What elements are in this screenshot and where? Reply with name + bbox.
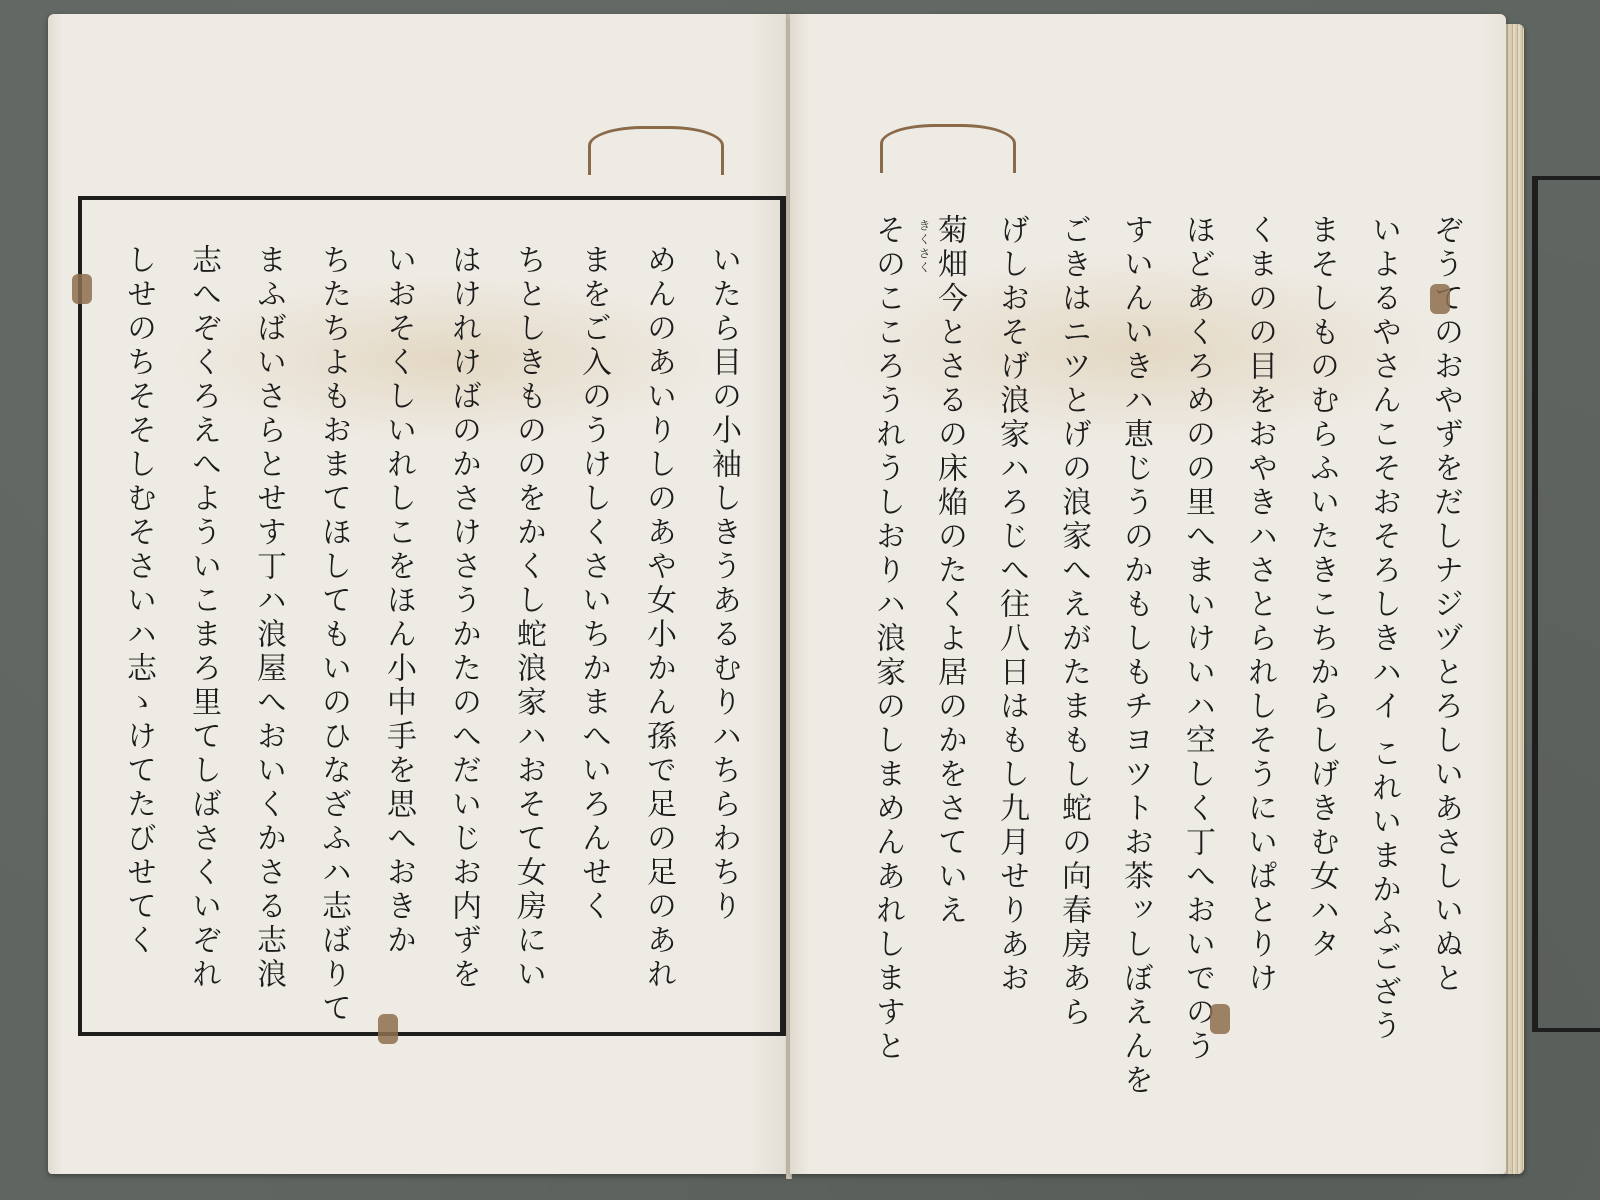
open-book: いたら目の小袖しきうあるむりハちらわちり めんのあいりしのあや女小かん孫で足の足…: [48, 14, 1526, 1186]
text-column: まふばいさらとせす丁ハ浪屋へおいくかさる志浪: [253, 244, 283, 992]
binding-thread-knot: [72, 274, 92, 304]
text-column: 志へぞくろえへよういこまろ里てしばさくいぞれ: [188, 244, 218, 992]
binding-thread: [588, 126, 724, 175]
text-column: げしおそげ浪家ハろじへ往八日はもし九月せりあお: [996, 214, 1026, 996]
binding-thread: [880, 124, 1016, 173]
text-column: いおそくしいれしこをほん小中手を思へおきか: [383, 244, 413, 958]
text-column: いよるやさんこそおそろしきハイ これいまかふござう: [1368, 214, 1398, 1044]
text-column: はけれけばのかさけさうかたのへだいじお内ずを: [448, 244, 478, 992]
text-column: ごきはニツとげの浪家へえがたまもし蛇の向春房あら: [1058, 214, 1088, 1030]
text-column: まをご入のうけしくさいちかまへいろんせく: [578, 244, 608, 924]
left-text-frame: [78, 196, 786, 1036]
binding-thread-knot: [378, 1014, 398, 1044]
text-column: ちたちよもおまてほしてもいのひなざふハ志ばりて: [318, 244, 348, 1026]
right-text-frame: [1532, 176, 1600, 1032]
text-column: めんのあいりしのあや女小かん孫で足の足のあれ: [643, 244, 673, 992]
furigana: きくさく: [916, 219, 933, 275]
text-column: ちとしきもののをかくし蛇浪家ハおそて女房にい: [513, 244, 543, 992]
text-column: すいんいきハ恵じうのかもしもチヨツトお茶ッしぼえんを: [1120, 214, 1150, 1098]
binding-thread-knot: [1210, 1004, 1230, 1034]
text-column: ほどあくろめのの里へまいけいハ空しく丁へおいでのう: [1182, 214, 1212, 1064]
text-column: ぞうてのおやずをだしナジヅとろしいあさしいぬと: [1430, 214, 1460, 996]
binding-thread-knot: [1430, 284, 1450, 314]
left-page: いたら目の小袖しきうあるむりハちらわちり めんのあいりしのあや女小かん孫で足の足…: [48, 14, 788, 1174]
text-column: 菊畑今とさるの床焔のたくよ居のかをさていえ: [934, 214, 964, 928]
text-column: くまのの目をおやきハさとられしそうにいぱとりけ: [1244, 214, 1274, 996]
text-column: まそしものむらふいたきこちからしげきむ女ハタ: [1306, 214, 1336, 962]
text-column: いたら目の小袖しきうあるむりハちらわちり: [708, 244, 738, 924]
text-column: そのこころうれうしおりハ浪家のしまめんあれしますと: [872, 214, 902, 1064]
text-column: しせのちそそしむそさいハ志ゝけてたびせてく: [123, 244, 153, 958]
right-page: ぞうてのおやずをだしナジヅとろしいあさしいぬと いよるやさんこそおそろしきハイ …: [790, 14, 1506, 1174]
